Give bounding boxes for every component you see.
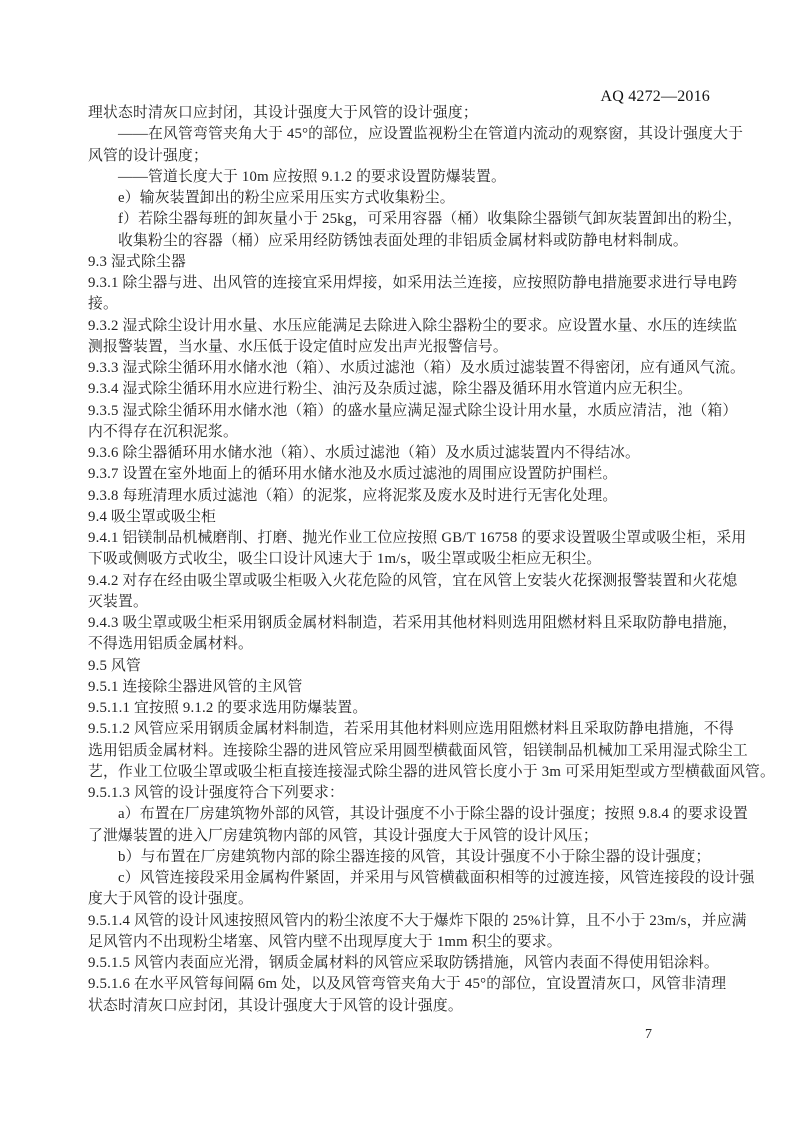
text-line: 9.3.3 湿式除尘循环用水储水池（箱）、水质过滤池（箱）及水质过滤装置不得密闭… <box>88 358 718 379</box>
document-page: AQ 4272—2016 理状态时清灰口应封闭，其设计强度大于风管的设计强度；—… <box>0 0 794 1123</box>
text-line: b）与布置在厂房建筑物内部的除尘器连接的风管，其设计强度不小于除尘器的设计强度； <box>88 847 718 868</box>
text-line: 度大于风管的设计强度。 <box>88 889 718 910</box>
text-line: 9.5.1 连接除尘器进风管的主风管 <box>88 677 718 698</box>
text-line: 9.5.1.2 风管应采用钢质金属材料制造，若采用其他材料则应选用阻燃材料且采取… <box>88 719 718 740</box>
text-line: e）输灰装置卸出的粉尘应采用压实方式收集粉尘。 <box>88 188 718 209</box>
text-line: 9.3.5 湿式除尘循环用水储水池（箱）的盛水量应满足湿式除尘设计用水量，水质应… <box>88 401 718 422</box>
text-line: 9.4.1 铝镁制品机械磨削、打磨、抛光作业工位应按照 GB/T 16758 的… <box>88 528 718 549</box>
text-line: 9.5.1.1 宜按照 9.1.2 的要求选用防爆装置。 <box>88 698 718 719</box>
text-line: 9.5.1.6 在水平风管每间隔 6m 处，以及风管弯管夹角大于 45°的部位，… <box>88 974 718 995</box>
text-line: 下吸或侧吸方式收尘，吸尘口设计风速大于 1m/s，吸尘罩或吸尘柜应无积尘。 <box>88 549 718 570</box>
text-line: 风管的设计强度； <box>88 146 718 167</box>
text-line: 内不得存在沉积泥浆。 <box>88 422 718 443</box>
text-line: 9.4.2 对存在经由吸尘罩或吸尘柜吸入火花危险的风管，宜在风管上安装火花探测报… <box>88 571 718 592</box>
text-line: 9.3.6 除尘器循环用水储水池（箱）、水质过滤池（箱）及水质过滤装置内不得结冰… <box>88 443 718 464</box>
text-line: 9.5 风管 <box>88 656 718 677</box>
text-line: 9.3.4 湿式除尘循环用水应进行粉尘、油污及杂质过滤，除尘器及循环用水管道内应… <box>88 379 718 400</box>
text-line: 灭装置。 <box>88 592 718 613</box>
text-line: 9.3.8 每班清理水质过滤池（箱）的泥浆，应将泥浆及废水及时进行无害化处理。 <box>88 486 718 507</box>
text-line: 理状态时清灰口应封闭，其设计强度大于风管的设计强度； <box>88 103 718 124</box>
document-body: 理状态时清灰口应封闭，其设计强度大于风管的设计强度；——在风管弯管夹角大于 45… <box>88 103 718 1017</box>
text-line: 接。 <box>88 294 718 315</box>
text-line: 9.5.1.3 风管的设计强度符合下列要求： <box>88 783 718 804</box>
text-line: 不得选用铝质金属材料。 <box>88 634 718 655</box>
text-line: 状态时清灰口应封闭，其设计强度大于风管的设计强度。 <box>88 996 718 1017</box>
text-line: 测报警装置，当水量、水压低于设定值时应发出声光报警信号。 <box>88 337 718 358</box>
text-line: ——管道长度大于 10m 应按照 9.1.2 的要求设置防爆装置。 <box>88 167 718 188</box>
text-line: c）风管连接段采用金属构件紧固，并采用与风管横截面积相等的过渡连接，风管连接段的… <box>88 868 718 889</box>
text-line: ——在风管弯管夹角大于 45°的部位，应设置监视粉尘在管道内流动的观察窗，其设计… <box>88 124 718 145</box>
page-number: 7 <box>645 1027 652 1043</box>
text-line: f）若除尘器每班的卸灰量小于 25kg，可采用容器（桶）收集除尘器锁气卸灰装置卸… <box>88 209 718 230</box>
text-line: 9.5.1.4 风管的设计风速按照风管内的粉尘浓度不大于爆炸下限的 25%计算，… <box>88 911 718 932</box>
text-line: 足风管内不出现粉尘堵塞、风管内壁不出现厚度大于 1mm 积尘的要求。 <box>88 932 718 953</box>
text-line: 9.4 吸尘罩或吸尘柜 <box>88 507 718 528</box>
text-line: 9.3.1 除尘器与进、出风管的连接宜采用焊接，如采用法兰连接，应按照防静电措施… <box>88 273 718 294</box>
text-line: 选用铝质金属材料。连接除尘器的进风管应采用圆型横截面风管，铝镁制品机械加工采用湿… <box>88 741 718 762</box>
text-line: 9.4.3 吸尘罩或吸尘柜采用钢质金属材料制造，若采用其他材料则选用阻燃材料且采… <box>88 613 718 634</box>
text-line: 艺，作业工位吸尘罩或吸尘柜直接连接湿式除尘器的进风管长度小于 3m 可采用矩型或… <box>88 762 718 783</box>
text-line: 收集粉尘的容器（桶）应采用经防锈蚀表面处理的非铝质金属材料或防静电材料制成。 <box>88 231 718 252</box>
text-line: 了泄爆装置的进入厂房建筑物内部的风管，其设计强度大于风管的设计风压； <box>88 826 718 847</box>
text-line: 9.3.2 湿式除尘设计用水量、水压应能满足去除进入除尘器粉尘的要求。应设置水量… <box>88 316 718 337</box>
text-line: 9.3 湿式除尘器 <box>88 252 718 273</box>
text-line: 9.3.7 设置在室外地面上的循环用水储水池及水质过滤池的周围应设置防护围栏。 <box>88 464 718 485</box>
text-line: a）布置在厂房建筑物外部的风管，其设计强度不小于除尘器的设计强度；按照 9.8.… <box>88 804 718 825</box>
text-line: 9.5.1.5 风管内表面应光滑，钢质金属材料的风管应采取防锈措施，风管内表面不… <box>88 953 718 974</box>
